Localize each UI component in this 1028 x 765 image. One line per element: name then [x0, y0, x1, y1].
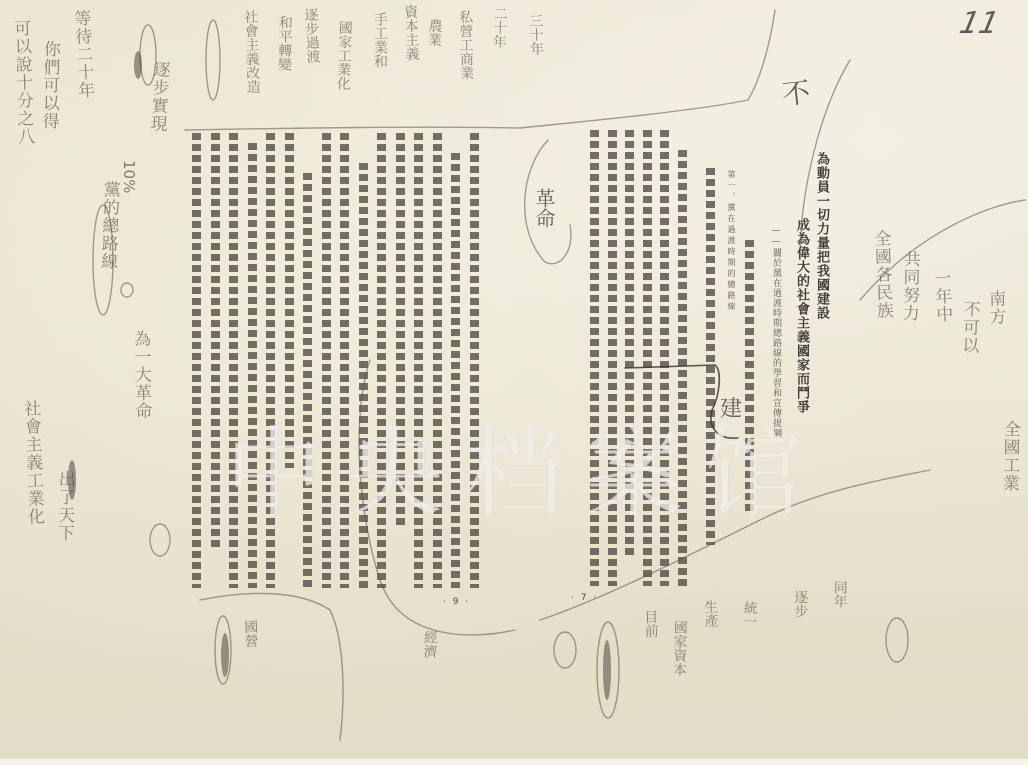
annotation-center-word: 革命 [530, 188, 559, 228]
pencil-strokes [0, 0, 1028, 765]
annotation-mark-top-right: 不 [780, 71, 812, 114]
archival-document-sheet: 為動員一切力量把我國建設 成為偉大的社會主義國家而鬥爭 ——關於黨在過渡時期總路… [0, 0, 1028, 765]
page-number-mark: 11 [956, 6, 1002, 41]
annotation-percent: 10% [120, 160, 138, 193]
archive-watermark: 中央档案馆 [225, 395, 825, 536]
